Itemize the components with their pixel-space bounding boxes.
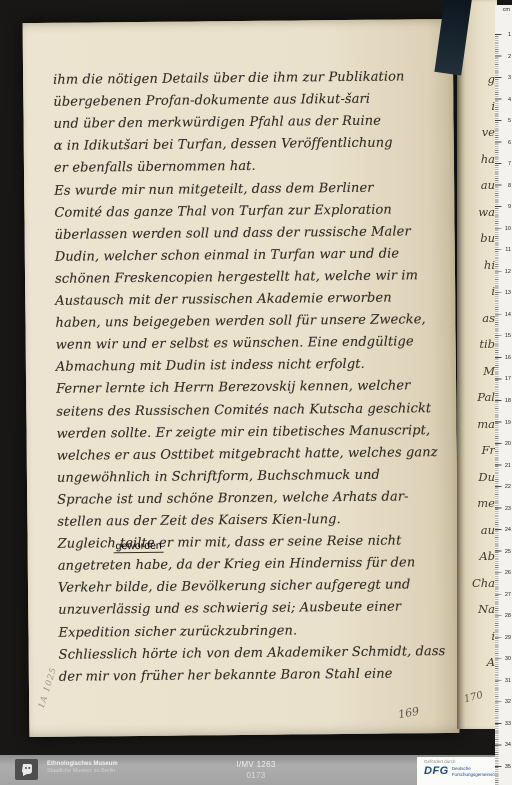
ruler-number: 22 [494, 483, 511, 491]
ruler-number: 20 [494, 440, 511, 448]
ruler-number: 6 [494, 139, 511, 147]
edge-text-fragment: M [455, 364, 495, 390]
ruler-number: 21 [494, 462, 511, 470]
ruler-number: 2 [494, 53, 511, 61]
ruler-number: 34 [494, 741, 511, 749]
ruler-number: 31 [494, 677, 511, 685]
edge-text-fragment: hi [455, 258, 495, 284]
ruler-number: 23 [494, 505, 511, 513]
document-id-block: I/MV 1263 0173 [236, 759, 275, 781]
manuscript-line: stellen aus der Zeit des Kaisers Kien-lu… [57, 512, 341, 537]
manuscript-line: Es wurde mir nun mitgeteilt, dass dem Be… [54, 180, 374, 205]
ruler-number: 8 [494, 182, 511, 190]
ruler-number: 13 [494, 289, 511, 297]
manuscript-line: Dudin, welcher schon einmal in Turfan wa… [55, 246, 400, 271]
manuscript-line: unzuverlässig und es schwierig sei; Ausb… [58, 600, 401, 625]
manuscript-line: Comité das ganze Thal von Turfan zur Exp… [54, 202, 392, 227]
edge-text-fragment: as [455, 311, 495, 337]
manuscript-line: Zugleich teilte er mir mit, dass er sein… [58, 534, 402, 559]
edge-text-fragment: A [455, 655, 495, 681]
edge-text-fragment: g [455, 72, 495, 98]
manuscript-line: Austausch mit der russischen Akademie er… [55, 291, 392, 316]
interlinear-insertion: geworden [114, 540, 164, 553]
ruler-number: 10 [494, 225, 511, 233]
edge-text-fragment: au [455, 523, 495, 549]
manuscript-line: α in Idikutšari bei Turfan, dessen Veröf… [54, 136, 393, 161]
institution-block: Ethnologisches Museum Staatliche Museen … [47, 760, 118, 775]
ruler-number: 25 [494, 548, 511, 556]
ruler-unit-label: cm [503, 7, 510, 13]
ruler-number: 19 [494, 419, 511, 427]
ruler-number: 33 [494, 720, 511, 728]
manuscript-line: ungewöhnlich in Schriftform, Buchschmuck… [57, 467, 380, 492]
edge-text-fragment: tib [455, 337, 495, 363]
shelfmark: I/MV 1263 [236, 759, 275, 770]
manuscript-line: Sprache ist und schöne Bronzen, welche A… [57, 489, 409, 514]
cm-ruler: cm 1 2 3 4 5 6 7 8 9 10 1 [495, 5, 512, 785]
edge-text-fragment: au [455, 178, 495, 204]
ruler-number: 24 [494, 526, 511, 534]
ruler-number: 4 [494, 96, 511, 104]
ruler-number: 12 [494, 268, 511, 276]
manuscript-line: Abmachung mit Dudin ist indess nicht erf… [56, 357, 365, 382]
edge-text-fragment: ha [455, 152, 495, 178]
ruler-number: 11 [494, 246, 511, 254]
page-number: 169 [397, 705, 420, 722]
edge-text-fragment: i [455, 284, 495, 310]
manuscript-line: er ebenfalls übernommen hat. [54, 159, 256, 183]
edge-text-fragment: me [455, 496, 495, 522]
ruler-number: 29 [494, 634, 511, 642]
ruler-number: 15 [494, 332, 511, 340]
ruler-number: 35 [494, 763, 511, 771]
manuscript-line: Expedition sicher zurückzubringen. [58, 623, 297, 647]
ruler-number: 1 [494, 31, 511, 39]
ruler-number: 27 [494, 591, 511, 599]
next-page-edge: g i ve ha au wa bu hi i as tib M [457, 0, 497, 729]
edge-text-fragment: Na [455, 602, 495, 628]
ruler-number: 16 [494, 354, 511, 362]
edge-text-fragment: Pal [455, 390, 495, 416]
edge-text-fragment: Cha [455, 576, 495, 602]
edge-text-fragment: Ab [455, 549, 495, 575]
institution-subtitle: Staatliche Museen zu Berlin [47, 768, 118, 775]
manuscript-text: ihm die nötigen Details über die ihm zur… [53, 69, 455, 713]
museum-mask-glyph [21, 763, 33, 776]
museum-logo-icon [15, 759, 38, 780]
ruler-number: 18 [494, 397, 511, 405]
edge-text-fragment: i [455, 99, 495, 125]
manuscript-line: übergebenen Profan-dokumente aus Idikut-… [53, 92, 370, 117]
ruler-number: 14 [494, 311, 511, 319]
edge-text-fragment: i [455, 629, 495, 655]
manuscript-line: überlassen werden soll und dass der russ… [55, 224, 411, 249]
ruler-number: 30 [494, 655, 511, 663]
edge-text-fragment: Fr [455, 443, 495, 469]
edge-text-fragment: ve [455, 125, 495, 151]
ruler-number: 9 [494, 203, 511, 211]
ruler-number: 26 [494, 569, 511, 577]
ruler-number: 5 [494, 117, 511, 125]
manuscript-line: der mir von früher her bekannte Baron St… [59, 666, 393, 691]
edge-text-fragment: ma [455, 417, 495, 443]
scan-viewer: ihm die nötigen Details über die ihm zur… [0, 0, 512, 785]
manuscript-line: angetreten habe, da der Krieg ein Hinder… [58, 556, 416, 581]
institution-name: Ethnologisches Museum [47, 760, 118, 768]
ruler-number: 17 [494, 375, 511, 383]
edge-text-fragment: Du [455, 470, 495, 496]
manuscript-page: ihm die nötigen Details über die ihm zur… [23, 19, 460, 737]
scan-number: 0173 [236, 770, 275, 781]
ruler-number: 32 [494, 698, 511, 706]
manuscript-line: Ferner lernte ich Herrn Berezovskij kenn… [56, 379, 411, 404]
edge-text-fragment: wa [455, 205, 495, 231]
manuscript-line: Verkehr bilde, die Bevölkerung sicher au… [58, 578, 411, 603]
ruler-number: 28 [494, 612, 511, 620]
manuscript-line: wenn wir und er selbst es wünschen. Eine… [56, 335, 414, 360]
manuscript-line: welches er aus Osttibet mitgebracht hatt… [57, 445, 438, 471]
next-page-number: 170 [463, 690, 484, 705]
edge-text-fragment: bu [455, 231, 495, 257]
dfg-logo: DFG [424, 765, 449, 777]
ruler-number: 3 [494, 74, 511, 82]
ruler-number: 7 [494, 160, 511, 168]
